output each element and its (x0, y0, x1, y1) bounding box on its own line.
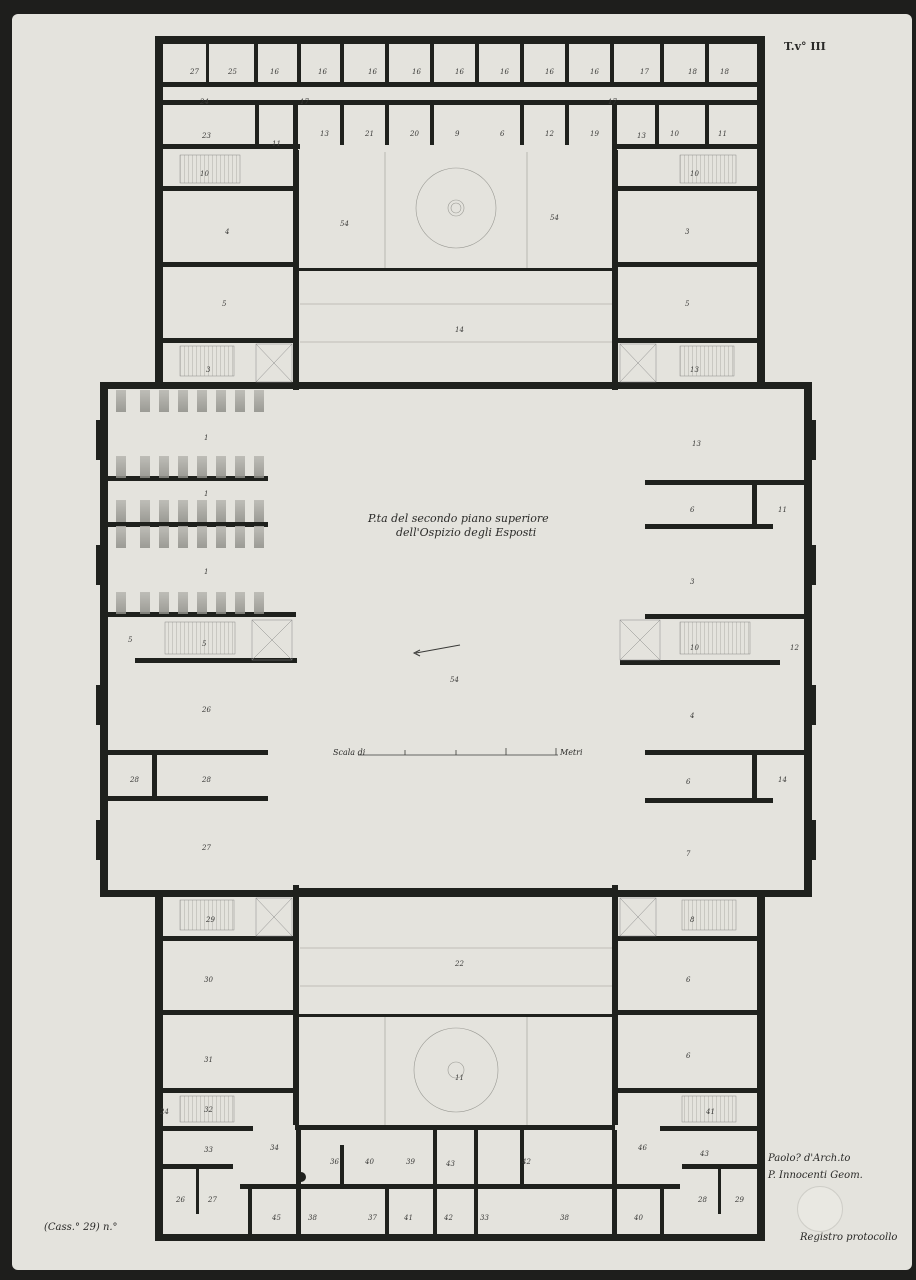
room-number-label: 16 (590, 68, 599, 76)
room-number-label: 11 (778, 506, 787, 514)
room-number-label: 6 (686, 1052, 690, 1060)
room-number-label: 4 (225, 228, 229, 236)
room-number-label: 10 (690, 170, 699, 178)
room-number-label: 22 (455, 960, 464, 968)
room-number-label: 34 (270, 1144, 279, 1152)
signature-block: Paolo? d'Arch.to P. Innocenti Geom. (768, 1150, 863, 1184)
room-number-label: 16 (368, 68, 377, 76)
room-number-label: 16 (500, 68, 509, 76)
room-number-label: 42 (444, 1214, 453, 1222)
room-number-label: 27 (208, 1196, 217, 1204)
room-number-label: 13 (320, 130, 329, 138)
room-number-label: 26 (202, 706, 211, 714)
room-number-label: 16 (270, 68, 279, 76)
room-number-label: 6 (686, 976, 690, 984)
room-number-label: 43 (700, 1150, 709, 1158)
room-number-label: 25 (228, 68, 237, 76)
room-number-label: 10 (670, 130, 679, 138)
room-number-label: 33 (480, 1214, 489, 1222)
room-number-label: 3 (690, 578, 694, 586)
room-number-label: 11 (455, 1074, 464, 1082)
room-number-label: 30 (204, 976, 213, 984)
room-number-label: 6 (500, 130, 504, 138)
room-number-label: 12 (790, 644, 799, 652)
room-number-label: 54 (450, 676, 459, 684)
room-number-label: 39 (406, 1158, 415, 1166)
room-number-label: 17 (300, 98, 309, 106)
room-number-label: 1 (204, 434, 208, 442)
room-number-label: 28 (202, 776, 211, 784)
room-number-label: 54 (340, 220, 349, 228)
room-number-label: 1 (204, 568, 208, 576)
room-number-label: 3 (685, 228, 689, 236)
plan-title-line-2: dell'Ospizio degli Esposti (368, 526, 549, 540)
room-number-label: 41 (404, 1214, 413, 1222)
room-number-label: 7 (686, 850, 690, 858)
room-number-label: 28 (130, 776, 139, 784)
room-number-label: 16 (412, 68, 421, 76)
scale-label-left: Scala di (333, 748, 365, 757)
room-number-label: 16 (455, 68, 464, 76)
room-number-label: 29 (735, 1196, 744, 1204)
room-number-label: 1 (204, 490, 208, 498)
room-number-label: 17 (608, 98, 617, 106)
room-number-label: 24 (200, 98, 209, 106)
room-number-label: 38 (308, 1214, 317, 1222)
room-number-label: 36 (330, 1158, 339, 1166)
embossed-seal-stamp (797, 1186, 843, 1232)
plan-title: P.ta del secondo piano superiore dell'Os… (368, 512, 549, 540)
room-number-label: 3 (206, 366, 210, 374)
signature-line-2: P. Innocenti Geom. (768, 1167, 863, 1184)
room-number-label: 13 (637, 132, 646, 140)
room-number-label: 6 (686, 778, 690, 786)
room-number-label: 5 (222, 300, 226, 308)
room-number-label: 13 (692, 440, 701, 448)
room-number-label: 10 (690, 644, 699, 652)
room-number-label: 14 (455, 326, 464, 334)
room-number-label: 32 (204, 1106, 213, 1114)
room-number-label: 21 (365, 130, 374, 138)
room-number-label: 18 (720, 68, 729, 76)
room-number-label: 5 (202, 640, 206, 648)
room-number-label: 4 (690, 712, 694, 720)
room-number-label: 20 (410, 130, 419, 138)
room-number-label: 33 (204, 1146, 213, 1154)
room-number-label: 41 (706, 1108, 715, 1116)
room-number-label: 17 (640, 68, 649, 76)
room-number-label: 10 (200, 170, 209, 178)
inventory-note: (Cass.° 29) n.° (44, 1222, 118, 1233)
room-number-label: 40 (634, 1214, 643, 1222)
registry-note: Registro protocollo (800, 1232, 897, 1243)
room-number-label: 42 (522, 1158, 531, 1166)
room-number-label: 23 (202, 132, 211, 140)
signature-line-1: Paolo? d'Arch.to (768, 1150, 863, 1167)
room-number-label: 16 (318, 68, 327, 76)
room-number-label: 16 (545, 68, 554, 76)
room-number-label: 29 (206, 916, 215, 924)
room-number-label: 27 (190, 68, 199, 76)
room-number-label: 9 (455, 130, 459, 138)
room-number-label: 13 (690, 366, 699, 374)
room-number-label: 26 (176, 1196, 185, 1204)
room-number-label: 14 (778, 776, 787, 784)
room-number-label: 18 (688, 68, 697, 76)
room-number-label: 5 (685, 300, 689, 308)
room-number-label: 54 (550, 214, 559, 222)
room-number-label: 46 (638, 1144, 647, 1152)
room-number-label: 37 (368, 1214, 377, 1222)
room-number-label: 24 (160, 1108, 169, 1116)
scale-label-right: Metri (560, 748, 583, 757)
floor-plan-drawing (0, 0, 916, 1280)
room-number-label: 27 (202, 844, 211, 852)
room-number-label: 45 (272, 1214, 281, 1222)
room-number-label: 8 (690, 916, 694, 924)
room-number-label: 6 (690, 506, 694, 514)
room-number-label: 38 (560, 1214, 569, 1222)
room-number-label: 12 (545, 130, 554, 138)
room-number-label: 5 (128, 636, 132, 644)
plan-title-line-1: P.ta del secondo piano superiore (368, 512, 549, 526)
room-number-label: 40 (365, 1158, 374, 1166)
plate-number: T.v° III (784, 40, 826, 53)
room-number-label: 19 (590, 130, 599, 138)
room-number-label: 11 (272, 140, 281, 148)
room-number-label: 11 (718, 130, 727, 138)
room-number-label: 43 (446, 1160, 455, 1168)
room-number-label: 28 (698, 1196, 707, 1204)
room-number-label: 31 (204, 1056, 213, 1064)
